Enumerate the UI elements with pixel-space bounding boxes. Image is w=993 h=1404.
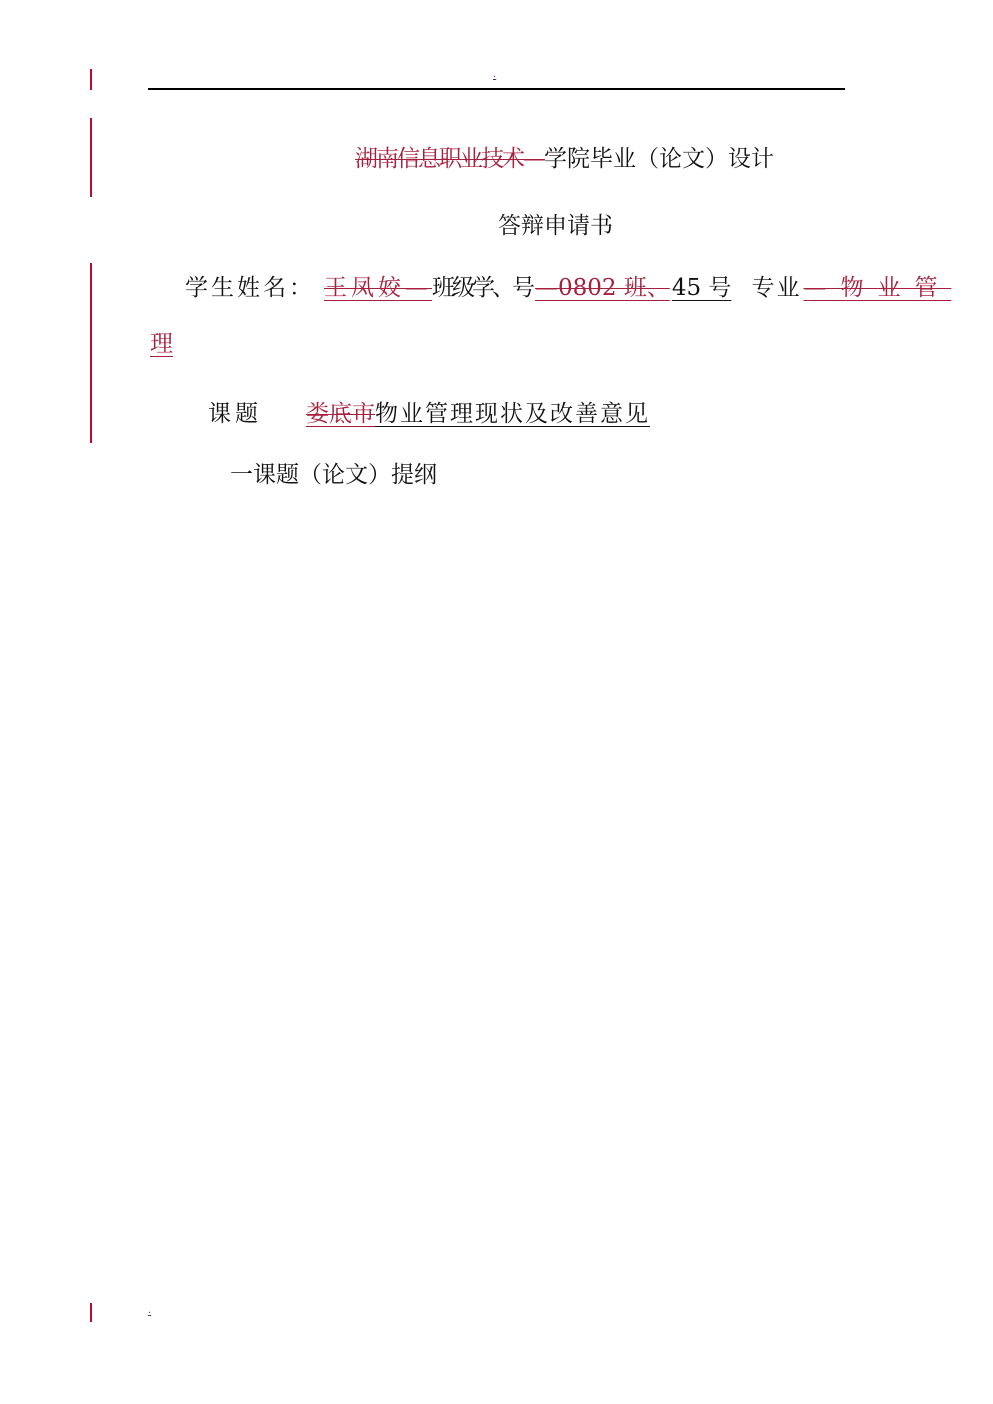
topic-title: 物业管理现状及改善意见 (375, 399, 650, 429)
major-deleted: —物业管 (803, 273, 951, 303)
topic-deleted: 娄底市 (306, 399, 375, 429)
revision-bar (90, 263, 92, 443)
major-wrap-line: 理 (150, 329, 173, 359)
class-number-label: 班级学、号 (432, 273, 532, 303)
title-text: 学院毕业（论文）设计 (544, 144, 774, 174)
student-info-line: 学生姓名：王凤姣—班级学、号—0802 班、45 号专业—物业管 (185, 273, 951, 303)
title-deleted-text: 湖南信息职业技术— (355, 144, 544, 174)
outline-heading: 一课题（论文）提纲 (230, 460, 437, 490)
class-number-value: 45 号 (672, 273, 732, 303)
topic-label: 课题 (208, 399, 262, 429)
document-title: 湖南信息职业技术—学院毕业（论文）设计 (355, 144, 774, 174)
student-name-label: 学生姓名： (185, 273, 315, 303)
header-tiny-mark: . (493, 70, 496, 80)
document-subtitle: 答辩申请书 (498, 211, 613, 241)
major-label: 专业 (751, 273, 801, 303)
revision-bar (90, 118, 92, 197)
revision-bar (90, 69, 92, 90)
class-deleted: —0802 班、 (535, 273, 670, 303)
revision-bar (90, 1303, 92, 1322)
topic-line: 课题娄底市物业管理现状及改善意见 (208, 399, 650, 429)
topic-value: 娄底市物业管理现状及改善意见 (306, 399, 650, 429)
major-wrap-char: 理 (150, 329, 173, 359)
footer-tiny-mark: . (148, 1306, 151, 1316)
student-name-deleted: 王凤姣— (324, 273, 432, 303)
header-rule (148, 88, 845, 90)
document-page: . 湖南信息职业技术—学院毕业（论文）设计 答辩申请书 学生姓名：王凤姣—班级学… (0, 0, 993, 1404)
